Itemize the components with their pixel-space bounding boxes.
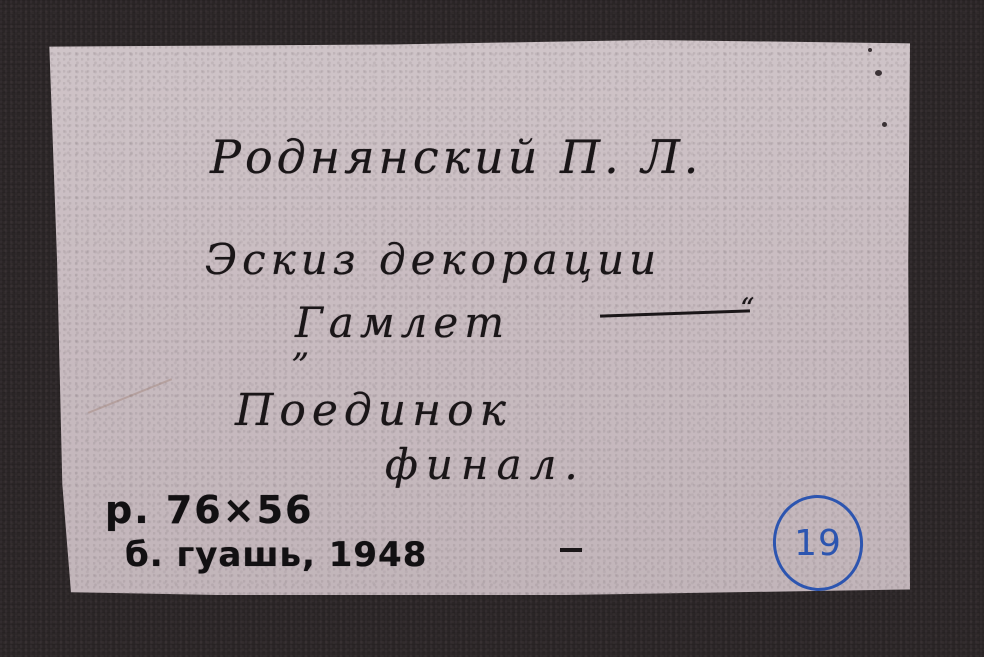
inventory-number: 19 <box>794 523 842 564</box>
play-title: Гамлет <box>295 298 510 347</box>
scene-subtitle: финал. <box>385 440 586 489</box>
dimensions: р. 76×56 <box>105 488 313 532</box>
ink-speck <box>882 122 887 127</box>
medium-and-year: б. гуашь, 1948 <box>125 535 427 575</box>
ink-speck <box>875 70 882 76</box>
scene-name: Поединок <box>235 385 512 436</box>
artist-name: Роднянский П. Л. <box>210 130 702 184</box>
work-type: Эскиз декорации <box>205 235 661 284</box>
dash-mark <box>560 548 582 552</box>
ink-speck <box>868 48 872 52</box>
quote-close: “ <box>740 292 757 325</box>
